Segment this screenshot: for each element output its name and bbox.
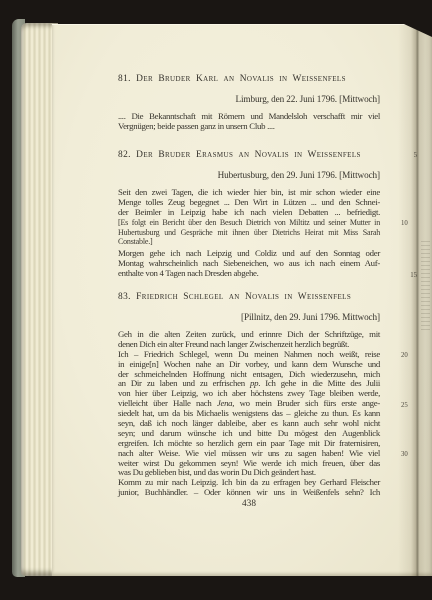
letter-dateline: Limburg, den 22. Juni 1796. [Mittwoch] [118,94,380,104]
letter-heading: 83. Friedrich Schlegel an Novalis in Wei… [118,292,380,302]
text-line: Constable.] [118,237,380,247]
margin-line-number: 30 [401,450,417,460]
margin-line-number: 25 [401,401,417,411]
text-line: [Es folgt ein Bericht über den Besuch Di… [118,218,380,228]
letter-body: Seit den zwei Tagen, die ich wieder hier… [118,188,380,279]
margin-line-number: 10 [401,219,417,229]
page-number: 438 [118,499,380,509]
text-line: enthalte von 4 Tagen nach Dresden abgehe… [118,269,380,279]
letter-heading: 81. Der Bruder Karl an Novalis in Weisse… [118,74,380,84]
margin-line-number: 20 [401,351,417,361]
letter-body: .... Die Bekanntschaft mit Römern und Ma… [118,112,380,132]
text-line: junior, Buchhändler. – Oder können wir u… [118,488,380,498]
text-line: Hubertusburg und Gespräche mit ihnen übe… [118,228,380,238]
text-line: der Beimler in Leipzig habe ich nach vie… [118,208,380,218]
margin-line-number: 5 [401,152,417,159]
margin-line-number: 15 [401,271,417,281]
book-photo: 438 81. Der Bruder Karl an Novalis in We… [0,0,432,600]
adjacent-page-ghost-text [421,238,430,330]
letter-body: Geh in die alten Zeiten zurück, und erin… [118,330,380,498]
letter-dateline: Hubertusburg, den 29. Juni 1796. [Mittwo… [118,170,380,180]
letter-heading: 82. Der Bruder Erasmus an Novalis in Wei… [118,150,380,160]
text-line: Vergnügen; beide passen ganz in unsern C… [118,122,380,132]
letter-dateline: [Pillnitz, den 29. Juni 1796. Mittwoch] [118,312,380,322]
